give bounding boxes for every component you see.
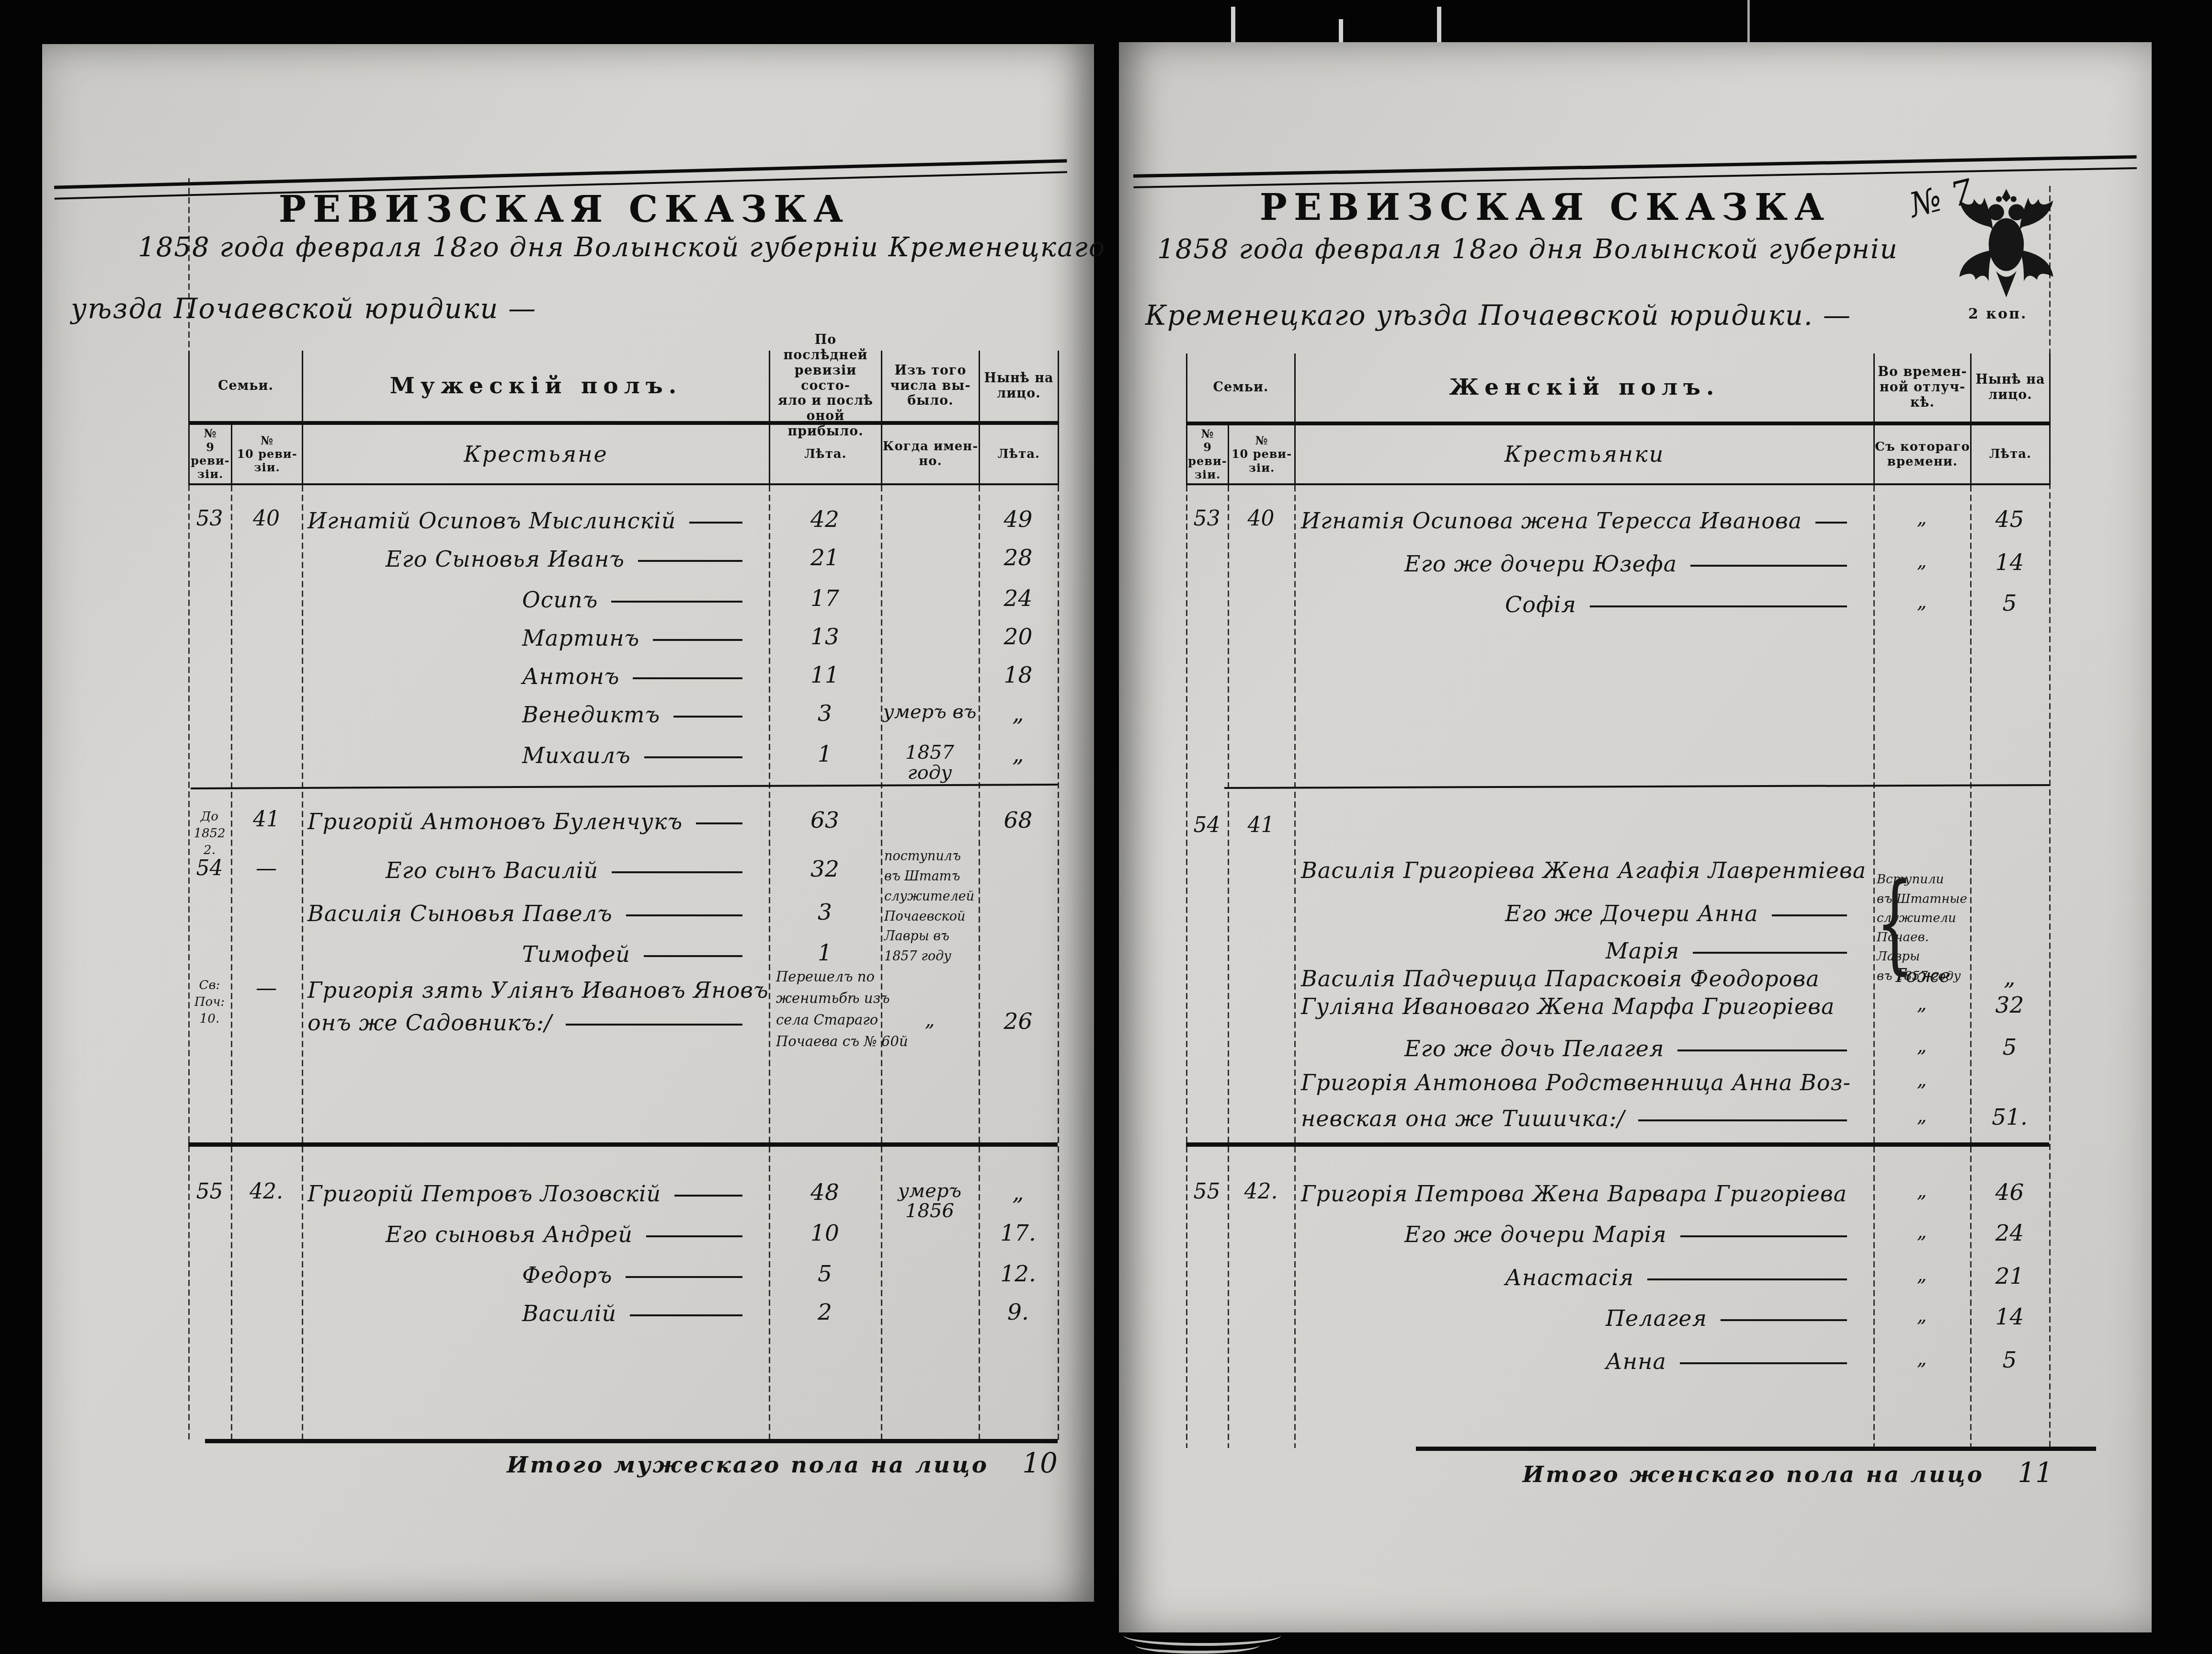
person-name: Его Сыновья Иванъ <box>386 546 625 572</box>
total-value: 10 <box>1022 1447 1058 1479</box>
name-cell: Игнатій Осиповъ Мыслинскій <box>302 508 769 534</box>
name-rule <box>674 1195 742 1197</box>
age-prev: 1 <box>769 742 881 766</box>
person-name: Василія Падчерица Парасковія Феодорова <box>1301 966 1820 992</box>
age-now: 24 <box>979 587 1058 610</box>
page-title: РЕВИЗСКАЯ СКАЗКА <box>1258 186 1833 228</box>
person-name: Василія Григоріева Жена Агафія Лаврентіе… <box>1301 857 1866 883</box>
name-cell: Григорія Антонова Родственница Анна Воз- <box>1294 1070 1873 1095</box>
table-header: Семьи. Мужескій полъ. По послѣдней ревиз… <box>188 351 1059 485</box>
place-line: Кременецкаго уѣзда Почаевской юридики. — <box>1145 300 1851 331</box>
col-now-present: Нынѣ на лицо. <box>1972 354 2051 425</box>
age-prev: 1 <box>769 941 881 965</box>
name-cell: невская она же Тишичка:/ <box>1294 1106 1873 1131</box>
name-cell: Его же дочери Юзефа <box>1294 551 1873 577</box>
table-row: Василія Падчерица Парасковія ФеодороваТо… <box>1186 966 2116 992</box>
name-rule <box>626 1276 742 1278</box>
name-cell: Григорій Антоновъ Буленчукъ <box>302 809 769 834</box>
table-row: Его же дочь Пелагея„5 <box>1186 1036 2116 1061</box>
table-row: Михаилъ11857 году„ <box>188 742 1058 783</box>
age-now: 46 <box>1970 1181 2049 1204</box>
age-prev: 5 <box>769 1262 881 1286</box>
rev9-no: 53 <box>188 508 231 530</box>
person-name: Василія Сыновья Павелъ <box>308 901 613 926</box>
absence-since: „ <box>1873 508 1970 528</box>
page-title: РЕВИЗСКАЯ СКАЗКА <box>248 188 880 230</box>
name-cell: Василія Падчерица Парасковія Феодорова <box>1294 966 1873 992</box>
name-rule <box>611 601 742 603</box>
age-now: 5 <box>1970 592 2049 615</box>
name-cell: Венедиктъ <box>302 702 769 728</box>
name-rule <box>644 756 742 758</box>
person-name: Его же дочери Марія <box>1404 1221 1667 1247</box>
rev9-no: 55 <box>1186 1181 1228 1203</box>
person-name: Григорія Антонова Родственница Анна Воз- <box>1301 1070 1851 1095</box>
table-row: 5542.Григорія Петрова Жена Варвара Григо… <box>1186 1181 2116 1207</box>
page-stack-edge <box>1135 1636 1260 1654</box>
person-name: Анна <box>1606 1348 1666 1374</box>
col-temporary-absence: Во времен- ной отлуч- кѣ. <box>1875 354 1972 425</box>
person-name: Софія <box>1505 592 1576 617</box>
absence-since: „ <box>1873 551 1970 571</box>
table-row: Григорія Антонова Родственница Анна Воз-… <box>1186 1070 2116 1095</box>
person-name: Анастасія <box>1505 1265 1634 1290</box>
person-name: Его же Дочери Анна <box>1505 901 1758 926</box>
person-name: Венедиктъ <box>522 702 660 728</box>
age-prev: 21 <box>769 546 881 570</box>
person-name: Его же дочь Пелагея <box>1404 1036 1664 1061</box>
table-row: Пелагея„14 <box>1186 1305 2116 1331</box>
age-prev: 3 <box>769 901 881 924</box>
name-cell: Анна <box>1294 1348 1873 1374</box>
name-cell: Василій <box>302 1300 769 1326</box>
table-bottom-rule <box>1416 1447 2096 1451</box>
name-cell: Григорія зять Уліянъ Ивановъ Яновъ <box>302 977 769 1003</box>
subcol-years: Лѣта. <box>770 425 882 485</box>
age-prev: 17 <box>769 587 881 610</box>
name-rule <box>1721 1319 1847 1321</box>
age-now: 24 <box>1970 1221 2049 1245</box>
name-rule <box>689 522 742 524</box>
table-row: Анастасія„21 <box>1186 1265 2116 1290</box>
age-now: „ <box>979 702 1058 725</box>
family-divider <box>1224 784 2049 789</box>
name-rule <box>646 1235 742 1237</box>
name-rule <box>638 560 742 562</box>
rev9-no: 53 <box>1186 508 1228 530</box>
table-row: Его же дочери Юзефа„14 <box>1186 551 2116 577</box>
name-rule <box>1772 914 1847 916</box>
name-rule <box>626 914 742 916</box>
date-line: 1858 года февраля 18го дня Волынской губ… <box>1157 234 1898 265</box>
name-rule <box>633 677 742 679</box>
age-now: 51. <box>1970 1106 2049 1129</box>
table-row: Василія Григоріева Жена Агафія Лаврентіе… <box>1186 857 2116 883</box>
person-name: Осипъ <box>522 587 598 613</box>
age-now: 18 <box>979 663 1058 687</box>
absence-since: „ <box>1873 1036 1970 1056</box>
col-family: Семьи. <box>190 351 303 425</box>
name-cell: Осипъ <box>302 587 769 613</box>
absence-since: „ <box>1873 1265 1970 1285</box>
col-departed: Изъ того числа вы- было. <box>882 351 980 425</box>
name-rule <box>1647 1278 1847 1280</box>
name-cell: Его же дочери Марія <box>1294 1221 1873 1247</box>
person-name: Пелагея <box>1606 1305 1707 1331</box>
name-cell: Его сыновья Андрей <box>302 1221 769 1247</box>
person-name: Григорія зять Уліянъ Ивановъ Яновъ <box>308 977 769 1003</box>
name-cell: Григорій Петровъ Лозовскій <box>302 1181 769 1207</box>
total-label: Итого мужескаго пола на лицо <box>507 1452 989 1478</box>
name-cell: Его сынъ Василій <box>302 857 769 883</box>
name-cell: Его же Дочери Анна <box>1294 901 1873 926</box>
table-row: Софія„5 <box>1186 592 2116 617</box>
age-prev: 2 <box>769 1300 881 1324</box>
name-rule <box>1815 522 1847 524</box>
rev9-no: 54 <box>188 857 231 879</box>
person-name: Гуліяна Ивановаго Жена Марфа Григоріева <box>1301 993 1835 1019</box>
age-now: 21 <box>1970 1265 2049 1288</box>
departure-note: 1857 году <box>881 742 979 783</box>
name-cell: Григорія Петрова Жена Варвара Григоріева <box>1294 1181 1873 1207</box>
age-prev: 48 <box>769 1181 881 1204</box>
table-row: Федоръ512. <box>188 1262 1058 1288</box>
name-rule <box>1690 565 1847 567</box>
age-now: 28 <box>979 546 1058 570</box>
name-cell: Анастасія <box>1294 1265 1873 1290</box>
name-rule <box>696 822 742 824</box>
name-rule <box>612 871 742 873</box>
table-row: 5441 <box>1186 814 2116 836</box>
relocation-note: Перешелъ по женитьбѣ изъ села Стараго По… <box>776 966 1001 1052</box>
family-divider <box>191 784 1058 789</box>
person-name: Тимофей <box>522 941 630 967</box>
right-page: РЕВИЗСКАЯ СКАЗКА 1858 года февраля 18го … <box>1119 42 2152 1632</box>
name-rule <box>1680 1362 1847 1364</box>
person-name: Мартинъ <box>522 625 639 651</box>
name-cell: Софія <box>1294 592 1873 617</box>
left-page: РЕВИЗСКАЯ СКАЗКА 1858 года февраля 18го … <box>42 44 1094 1602</box>
page-top-rule <box>1133 155 2137 188</box>
subcol-years-now: Лѣта. <box>980 425 1059 485</box>
rev10-no: 41 <box>1228 814 1294 836</box>
table-row: Марія <box>1186 938 2116 964</box>
table-row: Мартинъ1320 <box>188 625 1058 651</box>
age-now: 17. <box>979 1221 1058 1245</box>
age-now: 32 <box>1970 993 2049 1017</box>
rev10-no: 42. <box>231 1181 302 1203</box>
estate-class-note: Крестьяне <box>303 425 770 485</box>
rev10-no: 41 <box>231 809 302 831</box>
subcol-years-now: Лѣта. <box>1972 425 2051 485</box>
subcol-9th-revision: № 9 реви- зіи. <box>1187 425 1229 485</box>
name-rule <box>644 955 742 957</box>
table-row: Его же Дочери Анна <box>1186 901 2116 926</box>
person-name: Игнатій Осиповъ Мыслинскій <box>308 508 676 534</box>
subcol-when-exactly: Когда имен- но. <box>882 425 980 485</box>
name-rule <box>630 1314 742 1316</box>
table-row: Гуліяна Ивановаго Жена Марфа Григоріева„… <box>1186 993 2116 1019</box>
lavra-service-note: {Вступили въ Штатные служители Почаев. Л… <box>1877 851 1973 986</box>
rev10-no: — <box>231 977 302 999</box>
col-now-present: Нынѣ на лицо. <box>980 351 1059 425</box>
age-prev: 32 <box>769 857 881 881</box>
age-now: 45 <box>1970 508 2049 531</box>
absence-since: „ <box>1873 1106 1970 1126</box>
name-rule <box>673 716 742 718</box>
table-header: Семьи. Женскій полъ. Во времен- ной отлу… <box>1186 354 2051 485</box>
person-name: Его же дочери Юзефа <box>1404 551 1677 577</box>
name-cell: Игнатія Осипова жена Тересса Иванова <box>1294 508 1873 534</box>
name-cell: Гуліяна Ивановаго Жена Марфа Григоріева <box>1294 993 1873 1019</box>
person-name: Игнатія Осипова жена Тересса Иванова <box>1301 508 1802 534</box>
place-line: уѣзда Почаевской юридики — <box>71 293 536 325</box>
name-rule <box>1680 1235 1847 1237</box>
person-name: онъ же Садовникъ:/ <box>308 1010 552 1036</box>
lavra-service-note: поступилъ въ Штатъ служителей Почаевской… <box>884 846 978 967</box>
table-row: невская она же Тишичка:/„51. <box>1186 1106 2116 1131</box>
col-prev-revision: По послѣдней ревизіи состо- яло и послѣ … <box>770 351 882 425</box>
age-prev: 42 <box>769 508 881 531</box>
age-now: „ <box>979 1181 1058 1204</box>
table-bottom-rule <box>205 1439 1058 1443</box>
name-cell: Его же дочь Пелагея <box>1294 1036 1873 1061</box>
page-total: Итого мужескаго пола на лицо 10 <box>521 1447 1058 1479</box>
name-rule <box>653 639 742 641</box>
name-rule <box>1590 605 1847 607</box>
person-name: Василій <box>522 1300 616 1326</box>
person-name: Григорій Антоновъ Буленчукъ <box>308 809 683 834</box>
name-cell: Его Сыновья Иванъ <box>302 546 769 572</box>
name-cell: онъ же Садовникъ:/ <box>302 1010 769 1036</box>
departure-note: умеръ 1856 <box>881 1181 979 1221</box>
name-rule <box>1693 952 1847 954</box>
age-now: 12. <box>979 1262 1058 1286</box>
person-name: Михаилъ <box>522 742 631 768</box>
name-rule <box>1638 1119 1847 1121</box>
age-now: 5 <box>1970 1348 2049 1372</box>
person-name: Григорія Петрова Жена Варвара Григоріева <box>1301 1181 1847 1207</box>
name-cell: Антонъ <box>302 663 769 689</box>
total-label: Итого женскаго пола на лицо <box>1523 1461 1984 1488</box>
subcol-since-when: Съ котораго времени. <box>1875 425 1972 485</box>
table-row: 5340Игнатія Осипова жена Тересса Иванова… <box>1186 508 2116 534</box>
name-rule <box>566 1024 742 1026</box>
date-line: 1858 года февраля 18го дня Волынской губ… <box>138 232 1106 263</box>
col-family: Семьи. <box>1187 354 1296 425</box>
person-name: Марія <box>1606 938 1679 964</box>
absence-since: „ <box>1873 1221 1970 1242</box>
age-now: 20 <box>979 625 1058 649</box>
table-row: Антонъ1118 <box>188 663 1058 689</box>
name-cell: Пелагея <box>1294 1305 1873 1331</box>
person-name: Его сыновья Андрей <box>386 1221 633 1247</box>
table-row: 5542.Григорій Петровъ Лозовскій48умеръ 1… <box>188 1181 1058 1221</box>
estate-class-note: Крестьянки <box>1296 425 1875 485</box>
rev10-no: — <box>231 857 302 879</box>
absence-since: „ <box>1873 1181 1970 1201</box>
rev10-no: 42. <box>1228 1181 1294 1203</box>
person-name: Федоръ <box>522 1262 612 1288</box>
age-now: „ <box>1970 966 2049 989</box>
table-row: Его же дочери Марія„24 <box>1186 1221 2116 1247</box>
age-prev: 3 <box>769 702 881 725</box>
name-rule <box>1677 1049 1847 1051</box>
age-now: 14 <box>1970 551 2049 574</box>
rev9-no: 55 <box>188 1181 231 1203</box>
col-sex: Мужескій полъ. <box>303 351 770 425</box>
revenue-stamp: № 7 2 коп. <box>1955 186 2058 305</box>
subcol-10th-revision: № 10 реви- зіи. <box>1229 425 1296 485</box>
table-row: Осипъ1724 <box>188 587 1058 613</box>
name-cell: Марія <box>1294 938 1873 964</box>
person-name: Его сынъ Василій <box>386 857 598 883</box>
departure-note: умеръ въ <box>881 702 979 722</box>
person-name: Антонъ <box>522 663 619 689</box>
table-row: Его сыновья Андрей1017. <box>188 1221 1058 1247</box>
age-prev: 10 <box>769 1221 881 1245</box>
table-row: Василій29. <box>188 1300 1058 1326</box>
table-row: 5340Игнатій Осиповъ Мыслинскій4249 <box>188 508 1058 534</box>
total-value: 11 <box>2018 1456 2053 1489</box>
age-prev: 13 <box>769 625 881 649</box>
table-border-right <box>1058 485 1059 1440</box>
table-row: Анна„5 <box>1186 1348 2116 1374</box>
absence-since: „ <box>1873 1348 1970 1369</box>
table-row: Его Сыновья Иванъ2128 <box>188 546 1058 572</box>
age-now: 49 <box>979 508 1058 531</box>
family-divider-thick <box>188 1142 1058 1147</box>
absence-since: „ <box>1873 1070 1970 1090</box>
name-cell: Федоръ <box>302 1262 769 1288</box>
subcol-9th-revision: № 9 реви- зіи. <box>190 425 232 485</box>
absence-since: „ <box>1873 592 1970 612</box>
subcol-10th-revision: № 10 реви- зіи. <box>232 425 303 485</box>
rev10-no: 40 <box>231 508 302 530</box>
person-name: Григорій Петровъ Лозовскій <box>308 1181 661 1207</box>
name-cell: Михаилъ <box>302 742 769 768</box>
age-prev: 11 <box>769 663 881 687</box>
name-cell: Мартинъ <box>302 625 769 651</box>
person-name: невская она же Тишичка:/ <box>1301 1106 1625 1131</box>
page-total: Итого женскаго пола на лицо 11 <box>1512 1456 2053 1489</box>
age-now: 9. <box>979 1300 1058 1324</box>
name-cell: Василія Сыновья Павелъ <box>302 901 769 926</box>
absence-since: „ <box>1873 1305 1970 1325</box>
name-cell: Тимофей <box>302 941 769 967</box>
rev9-no: До 1852 2. <box>188 809 231 859</box>
table-row: Венедиктъ3умеръ въ„ <box>188 702 1058 728</box>
rev10-no: 40 <box>1228 508 1294 530</box>
name-cell: Василія Григоріева Жена Агафія Лаврентіе… <box>1294 857 1873 883</box>
archival-scan: { "left_page": { "title": "РЕВИЗСКАЯ СКА… <box>0 0 2212 1654</box>
brace-mark: { <box>1876 839 1914 1006</box>
rev9-no: 54 <box>1186 814 1228 836</box>
age-now: 14 <box>1970 1305 2049 1329</box>
family-divider-thick <box>1186 1142 2049 1147</box>
stamp-denomination: 2 коп. <box>1968 306 2027 322</box>
col-sex: Женскій полъ. <box>1296 354 1875 425</box>
age-prev: 63 <box>769 809 881 832</box>
age-now: 68 <box>979 809 1058 832</box>
age-now: „ <box>979 742 1058 766</box>
age-now: 5 <box>1970 1036 2049 1059</box>
